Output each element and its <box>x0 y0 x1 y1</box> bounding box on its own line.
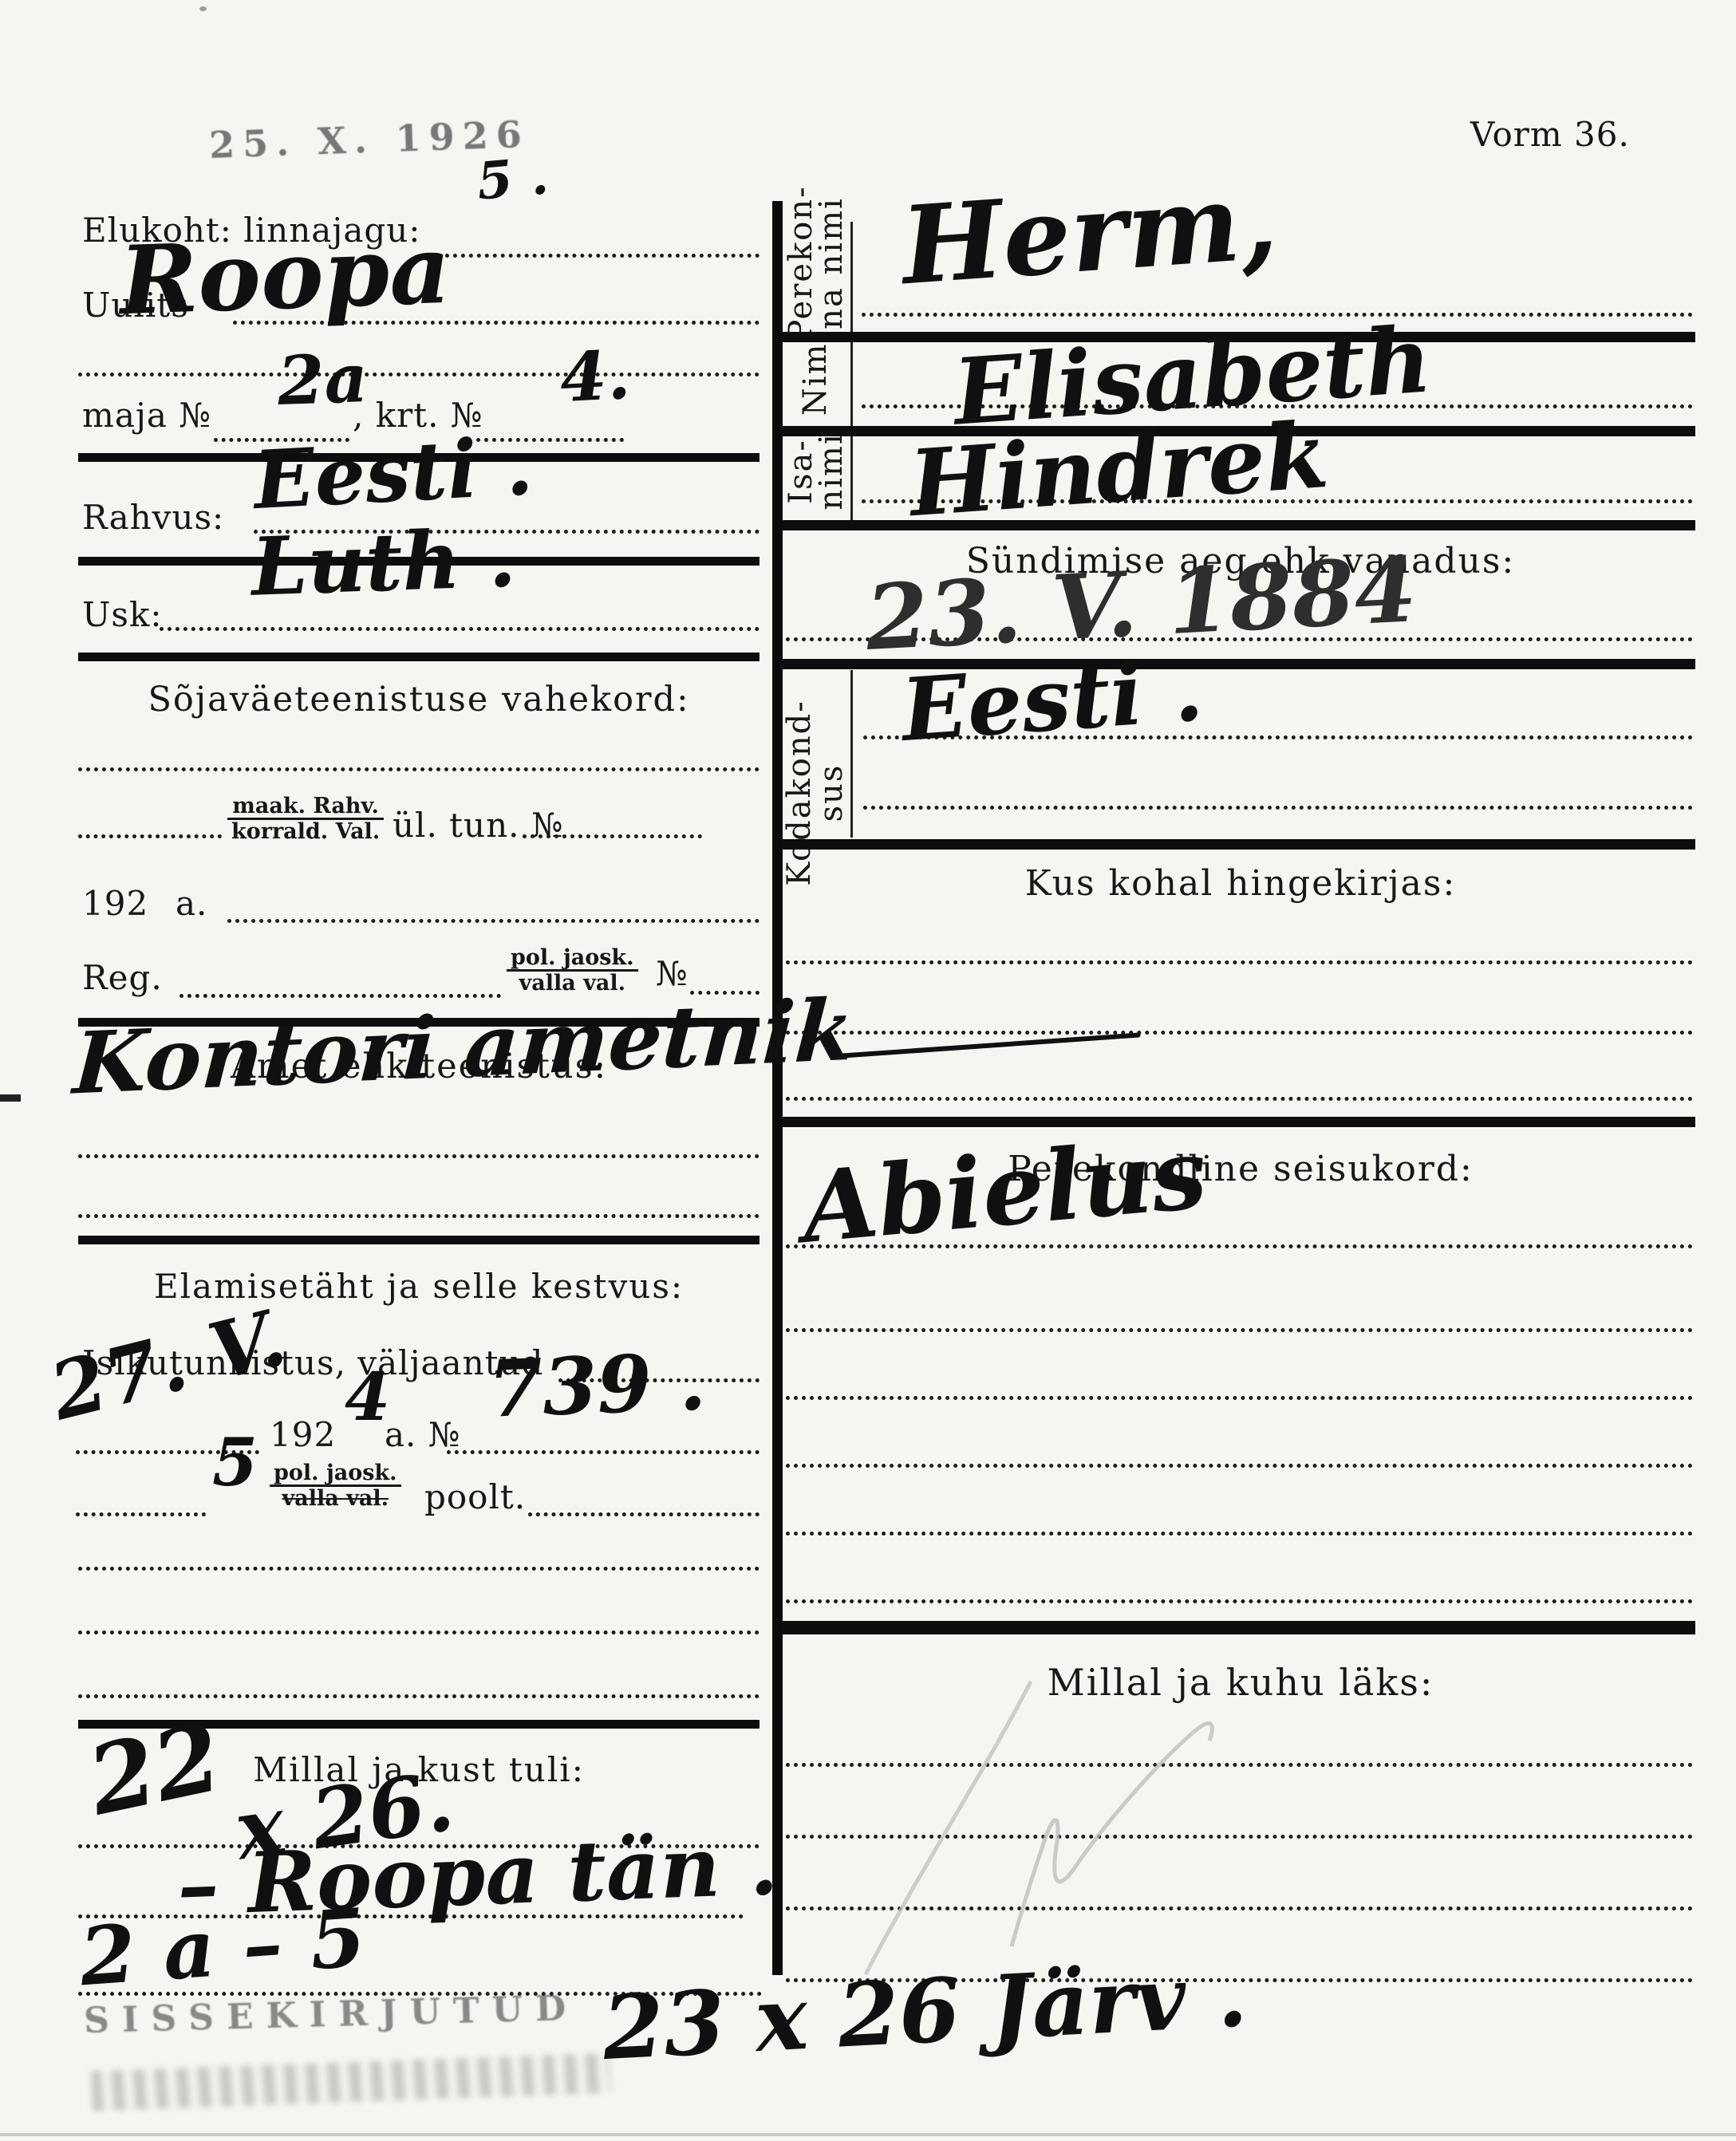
form-number: Vorm 36. <box>1470 118 1630 152</box>
label-strip-rule <box>850 670 853 838</box>
label-strip-rule <box>850 222 853 520</box>
dotted-line <box>786 1532 1693 1536</box>
handwriting-isik-number: 739 . <box>487 1347 708 1425</box>
dotted-line <box>78 1630 759 1634</box>
dotted-line <box>786 1328 1693 1332</box>
heading-hingekirjas: Kus kohal hingekirjas: <box>786 866 1695 901</box>
handwriting-amet: Kontori ametnik <box>72 991 856 1101</box>
handwriting-registration-note: 23 x 26 Järv . <box>601 1955 1249 2068</box>
thick-rule <box>78 653 759 661</box>
dotted-line <box>227 919 759 923</box>
thick-rule <box>78 1236 759 1244</box>
dotted-line <box>78 1567 759 1571</box>
handwriting-isik-date: 27. V. <box>45 1303 292 1429</box>
field-label-192: 192 <box>82 887 148 921</box>
dotted-line <box>76 1512 206 1516</box>
pencil-scribble-mark <box>822 1667 1253 1978</box>
dotted-line <box>78 1154 759 1158</box>
dotted-line <box>528 1512 759 1516</box>
dotted-line <box>78 834 222 838</box>
dotted-line <box>863 806 1693 810</box>
column-divider <box>772 201 783 1975</box>
handwriting-krt-nr: 4. <box>558 345 632 408</box>
dotted-line <box>786 1464 1693 1468</box>
dotted-line <box>160 627 759 631</box>
dotted-line <box>786 1396 1693 1400</box>
dotted-line <box>786 1097 1693 1101</box>
handwriting-linnajagu: 5 . <box>475 153 550 205</box>
fraction-top-label: maak. Rahv. <box>227 794 384 820</box>
handwriting-maja-nr: 2a <box>277 348 369 411</box>
faded-stamp-illegible-line <box>91 2053 610 2111</box>
handwriting-tuli-day: 22 <box>82 1714 228 1824</box>
dotted-line <box>78 767 759 771</box>
handwriting-tuli-house: 2 a – 5 <box>77 1902 368 1993</box>
field-label-no-sign: № <box>656 957 688 991</box>
dotted-line <box>786 1031 1693 1035</box>
document-page: 25. X. 1926 Vorm 36. 5 . Elukoht: linnaj… <box>0 0 1736 2141</box>
field-label-reg: Reg. <box>82 961 163 995</box>
handwriting-rahvus: Eesti . <box>252 430 535 516</box>
field-label-usk: Usk: <box>82 598 163 632</box>
fraction-maak-korrald: maak. Rahv. korrald. Val. <box>227 794 384 843</box>
fraction-top-label: pol. jaosk. <box>270 1461 401 1487</box>
handwriting-jaoskond-digit: 5 <box>212 1434 258 1493</box>
scan-bottom-edge <box>0 2133 1736 2136</box>
fraction-pol-valla-2: pol. jaosk. valla val. <box>270 1461 401 1510</box>
dotted-line <box>437 254 759 258</box>
scan-speck <box>199 6 207 11</box>
fraction-bottom-label: valla val. <box>270 1487 401 1510</box>
handwriting-isanimi: Hindrek <box>907 414 1331 525</box>
dotted-line <box>78 1214 759 1218</box>
field-label-a: a. <box>176 887 207 921</box>
thick-rule <box>782 1117 1695 1127</box>
field-label-maja: maja № <box>82 399 211 432</box>
dotted-line <box>786 1599 1693 1603</box>
scan-edge-mark <box>0 1094 21 1102</box>
handwriting-year-digit: 4 <box>345 1369 390 1428</box>
dotted-line <box>523 834 702 838</box>
handwriting-usk: Luth . <box>251 522 517 603</box>
dotted-line <box>786 960 1693 964</box>
dotted-line <box>78 373 759 377</box>
dotted-line <box>447 1450 759 1454</box>
field-label-192b: 192 <box>270 1418 336 1452</box>
dotted-line <box>78 1694 759 1698</box>
field-label-a-no: a. № <box>385 1418 461 1452</box>
thick-rule <box>782 1621 1695 1634</box>
heading-elamisetaht: Elamisetäht ja selle kestvus: <box>80 1270 758 1303</box>
handwriting-seisukord: Abielus <box>799 1130 1209 1252</box>
field-label-rahvus: Rahvus: <box>82 501 224 534</box>
field-label-poolt: poolt. <box>424 1481 526 1514</box>
heading-sojavaeteenistus: Sõjaväeteenistuse vahekord: <box>80 683 758 717</box>
handwriting-kodakondsus: Eesti . <box>899 652 1205 750</box>
fraction-top-label: pol. jaosk. <box>507 946 638 972</box>
thick-rule <box>782 839 1695 850</box>
handwriting-uulits: Roopa <box>118 227 452 324</box>
handwriting-perekonnanimi: Herm, <box>898 172 1280 294</box>
ink-flourish <box>830 1032 1140 1059</box>
fraction-bottom-label: korrald. Val. <box>227 820 384 843</box>
fraction-pol-valla: pol. jaosk. valla val. <box>507 946 638 995</box>
